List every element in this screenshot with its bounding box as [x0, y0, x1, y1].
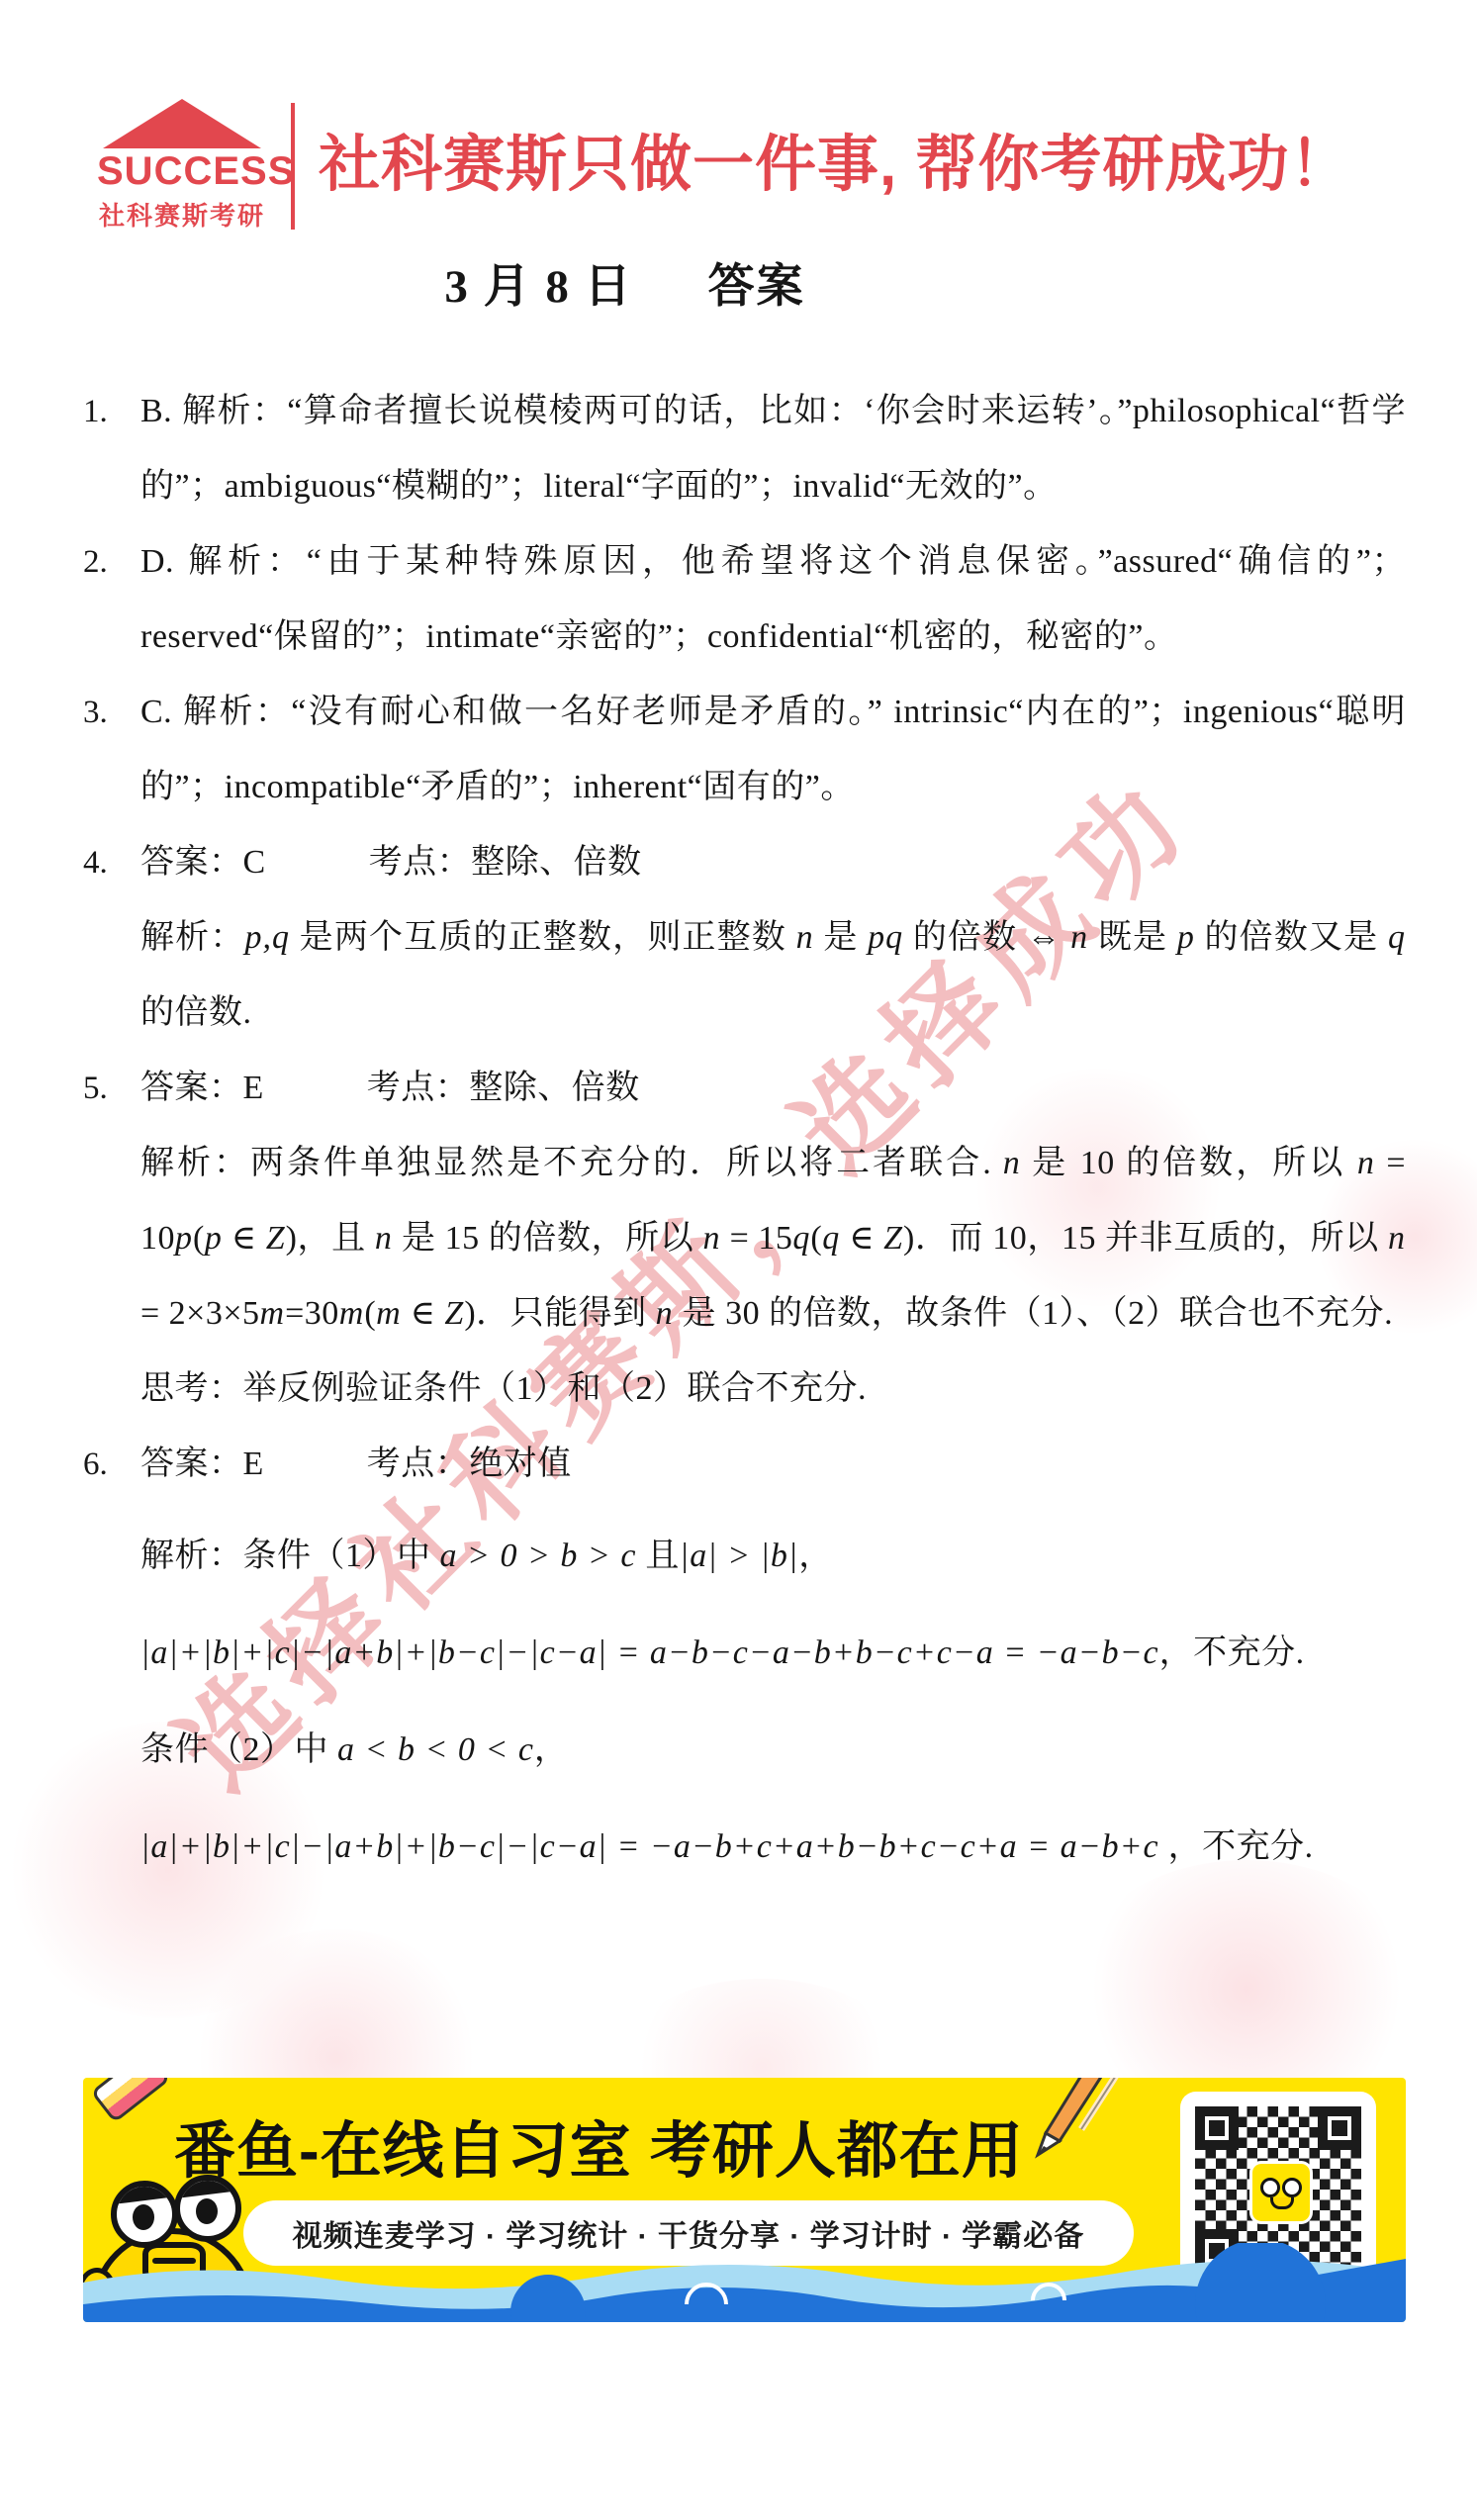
answer-number: 4.: [83, 825, 140, 900]
text: ∈: [840, 1220, 883, 1257]
math-text: |a|+|b|+|c|−|a+b|+|b−c|−|c−a| = a−b−c−a−…: [140, 1634, 1159, 1671]
text: 的倍数又是: [1195, 919, 1388, 956]
text: )．只能得到: [464, 1295, 655, 1332]
text: 是: [814, 919, 869, 956]
ad-banner[interactable]: 番鱼-在线自习室 考研人都在用 视频连麦学习 · 学习统计 · 干货分享 · 学…: [83, 2078, 1406, 2322]
answer-item: 5.答案：E考点：整除、倍数解析：两条件单独显然是不充分的．所以将二者联合. n…: [83, 1051, 1406, 1427]
answer-item: 3.C. 解析：“没有耐心和做一名好老师是矛盾的。” intrinsic“内在的…: [83, 675, 1406, 825]
text: 答案：E: [140, 1070, 264, 1106]
text: = 2×3×5: [140, 1295, 260, 1332]
text: 答案：C: [140, 844, 266, 881]
success-logo: SUCCESS 社科赛斯考研: [97, 99, 267, 233]
math-text: n: [703, 1220, 721, 1257]
math-text: m: [339, 1295, 365, 1332]
text: B. 解析：“算命者擅长说模棱两可的话，比如：‘你会时来运转’。”philoso…: [140, 393, 1406, 505]
text: ∈: [223, 1220, 266, 1257]
answer-number: 1.: [83, 374, 140, 449]
qr-finder-icon: [1195, 2106, 1239, 2150]
pencil-icon: [1030, 2078, 1149, 2159]
math-text: n: [1357, 1145, 1375, 1181]
answer-paragraph: C. 解析：“没有耐心和做一名好老师是矛盾的。” intrinsic“内在的”；…: [140, 675, 1406, 825]
math-text: n: [375, 1220, 393, 1257]
text: ，: [534, 1731, 569, 1768]
text: ，: [798, 1538, 833, 1574]
answer-item: 1.B. 解析：“算命者擅长说模棱两可的话，比如：‘你会时来运转’。”philo…: [83, 374, 1406, 524]
math-text: Z: [266, 1220, 286, 1257]
title-label: 答案: [708, 261, 805, 313]
text: ，不充分.: [1159, 1828, 1314, 1865]
text: 答案：E: [140, 1446, 264, 1482]
text: 且: [636, 1538, 680, 1574]
mascot-eye: [174, 2175, 241, 2242]
answer-item: 4.答案：C考点：整除、倍数解析：p,q 是两个互质的正整数，则正整数 n 是 …: [83, 825, 1406, 1051]
page: 选择社科赛斯，选择成功 SUCCESS 社科赛斯考研 社科赛斯只做一件事, 帮你…: [0, 0, 1477, 2520]
math-text: Z: [883, 1220, 903, 1257]
answer-body: B. 解析：“算命者擅长说模棱两可的话，比如：‘你会时来运转’。”philoso…: [140, 374, 1406, 524]
answer-paragraph: 解析：条件（1）中 a > 0 > b > c 且|a| > |b|，: [140, 1514, 1406, 1599]
answer-paragraph: 思考：举反例验证条件（1）和（2）联合不充分.: [140, 1352, 1406, 1427]
mascot-eye: [111, 2181, 178, 2248]
answer-paragraph: 答案：C考点：整除、倍数: [140, 825, 1406, 900]
text: 考点：绝对值: [367, 1446, 572, 1482]
title-date: 3 月 8 日: [444, 261, 632, 313]
text: 条件（2）中: [140, 1731, 337, 1768]
math-text: p: [175, 1220, 193, 1257]
answers-list: 1.B. 解析：“算命者擅长说模棱两可的话，比如：‘你会时来运转’。”philo…: [83, 374, 1406, 1902]
text: C. 解析：“没有耐心和做一名好老师是矛盾的。” intrinsic“内在的”；…: [140, 694, 1406, 805]
math-text: Z: [444, 1295, 464, 1332]
math-text: m: [376, 1295, 402, 1332]
text: 解析：条件（1）中: [140, 1538, 440, 1574]
page-title: 3 月 8 日答案: [0, 249, 1249, 316]
logo-brand-text: SUCCESS: [97, 150, 267, 192]
header-divider: [291, 103, 295, 230]
text: 的倍数 ⇔: [903, 919, 1070, 956]
answer-body: 答案：E考点：整除、倍数解析：两条件单独显然是不充分的．所以将二者联合. n 是…: [140, 1051, 1406, 1427]
text: 是 30 的倍数，故条件（1）、（2）联合也不充分.: [674, 1295, 1394, 1332]
text: 解析：: [140, 919, 245, 956]
math-text: n: [1388, 1220, 1406, 1257]
math-text: |a| > |b|: [680, 1538, 798, 1574]
answer-paragraph: 答案：E考点：绝对值: [140, 1427, 1406, 1502]
text: = 15: [721, 1220, 793, 1257]
answer-number: 3.: [83, 675, 140, 750]
answer-paragraph: 条件（2）中 a < b < 0 < c，: [140, 1708, 1406, 1793]
header: SUCCESS 社科赛斯考研 社科赛斯只做一件事, 帮你考研成功！: [97, 99, 1408, 233]
answer-body: D. 解析：“由于某种特殊原因，他希望将这个消息保密。”assured“确信的”…: [140, 524, 1406, 675]
text: 考点：整除、倍数: [369, 844, 642, 881]
text: 既是: [1088, 919, 1177, 956]
math-text: n: [1070, 919, 1088, 956]
roof-icon: [103, 99, 261, 148]
math-text: q: [792, 1220, 810, 1257]
answer-paragraph: 答案：E考点：整除、倍数: [140, 1051, 1406, 1126]
text: 解析：两条件单独显然是不充分的．所以将二者联合.: [140, 1145, 1003, 1181]
math-text: m: [260, 1295, 286, 1332]
text: )．而 10，15 并非互质的，所以: [903, 1220, 1388, 1257]
text: 思考：举反例验证条件（1）和（2）联合不充分.: [140, 1370, 867, 1407]
text: 的倍数.: [140, 994, 252, 1031]
answer-item: 6.答案：E考点：绝对值解析：条件（1）中 a > 0 > b > c 且|a|…: [83, 1427, 1406, 1902]
qr-finder-icon: [1318, 2106, 1361, 2150]
text: (: [364, 1295, 376, 1332]
math-text: p: [205, 1220, 223, 1257]
answer-paragraph: |a|+|b|+|c|−|a+b|+|b−c|−|c−a| = −a−b+c+a…: [140, 1805, 1406, 1890]
banner-headline: 番鱼-在线自习室 考研人都在用: [174, 2101, 1024, 2190]
math-text: n: [796, 919, 814, 956]
answer-paragraph: B. 解析：“算命者擅长说模棱两可的话，比如：‘你会时来运转’。”philoso…: [140, 374, 1406, 524]
fish-logo-icon: [1249, 2161, 1313, 2224]
text: ∈: [402, 1295, 445, 1332]
header-slogan: 社科赛斯只做一件事, 帮你考研成功！: [319, 132, 1408, 199]
math-text: q: [1388, 919, 1406, 956]
math-text: |a|+|b|+|c|−|a+b|+|b−c|−|c−a| = −a−b+c+a…: [140, 1828, 1159, 1865]
text: (: [193, 1220, 205, 1257]
waves-decoration: [83, 2243, 1406, 2322]
math-text: n: [656, 1295, 674, 1332]
text: D. 解析：“由于某种特殊原因，他希望将这个消息保密。”assured“确信的”…: [140, 543, 1406, 655]
eraser-icon: [90, 2078, 170, 2123]
math-text: a < b < 0 < c: [337, 1731, 534, 1768]
math-text: p: [1177, 919, 1195, 956]
answer-body: 答案：E考点：绝对值解析：条件（1）中 a > 0 > b > c 且|a| >…: [140, 1427, 1406, 1902]
answer-number: 6.: [83, 1427, 140, 1502]
math-text: a > 0 > b > c: [440, 1538, 637, 1574]
math-text: p,q: [245, 919, 291, 956]
text: 是两个互质的正整数，则正整数: [290, 919, 796, 956]
math-text: n: [1003, 1145, 1021, 1181]
math-text: pq: [868, 919, 903, 956]
answer-number: 5.: [83, 1051, 140, 1126]
answer-paragraph: 解析：p,q 是两个互质的正整数，则正整数 n 是 pq 的倍数 ⇔ n 既是 …: [140, 900, 1406, 1051]
text: =30: [285, 1295, 339, 1332]
text: 是 10 的倍数，所以: [1021, 1145, 1357, 1181]
answer-body: C. 解析：“没有耐心和做一名好老师是矛盾的。” intrinsic“内在的”；…: [140, 675, 1406, 825]
text: (: [810, 1220, 822, 1257]
logo-subtitle: 社科赛斯考研: [97, 196, 267, 233]
math-text: q: [822, 1220, 840, 1257]
answer-body: 答案：C考点：整除、倍数解析：p,q 是两个互质的正整数，则正整数 n 是 pq…: [140, 825, 1406, 1051]
answer-paragraph: |a|+|b|+|c|−|a+b|+|b−c|−|c−a| = a−b−c−a−…: [140, 1611, 1406, 1696]
answer-item: 2.D. 解析：“由于某种特殊原因，他希望将这个消息保密。”assured“确信…: [83, 524, 1406, 675]
answer-paragraph: D. 解析：“由于某种特殊原因，他希望将这个消息保密。”assured“确信的”…: [140, 524, 1406, 675]
answer-paragraph: 解析：两条件单独显然是不充分的．所以将二者联合. n 是 10 的倍数，所以 n…: [140, 1126, 1406, 1352]
text: )，且: [286, 1220, 375, 1257]
text: ，不充分.: [1159, 1634, 1305, 1671]
text: 考点：整除、倍数: [367, 1070, 640, 1106]
text: 是 15 的倍数，所以: [393, 1220, 703, 1257]
answer-number: 2.: [83, 524, 140, 600]
